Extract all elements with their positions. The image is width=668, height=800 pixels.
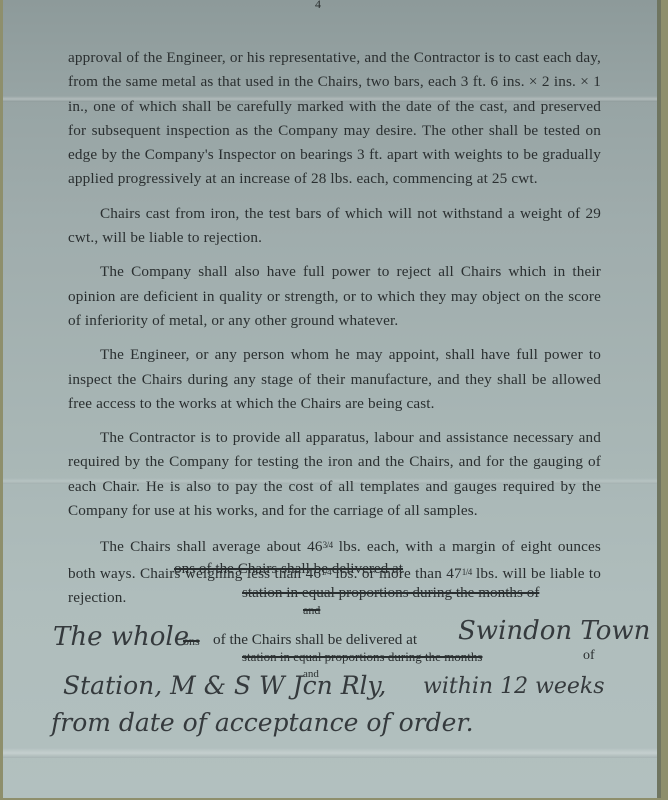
handwritten-station-line: Station, M & S W Jcn Rly, <box>63 671 386 700</box>
paper-fold <box>3 748 661 758</box>
fraction: 1/4 <box>462 567 472 577</box>
document-page: 4 approval of the Engineer, or his repre… <box>3 0 661 798</box>
fraction: 3/4 <box>323 540 333 550</box>
paragraph-rejection: Chairs cast from iron, the test bars of … <box>68 202 601 251</box>
printed-delivery-text: of the Chairs shall be delivered at <box>213 631 417 649</box>
paragraph-test-bars: approval of the Engineer, or his represe… <box>68 46 601 192</box>
paragraph-contractor-apparatus: The Contractor is to provide all apparat… <box>68 426 601 523</box>
handwritten-swindon-town: Swindon Town <box>458 616 650 646</box>
printed-of: of <box>583 648 595 664</box>
handwritten-within-weeks: within 12 weeks <box>423 674 605 699</box>
handwritten-the-whole: The whole <box>53 622 189 652</box>
page-edge <box>657 0 661 798</box>
paragraph-company-power: The Company shall also have full power t… <box>68 260 601 333</box>
weight-text: The Chairs shall average about 46 <box>100 538 323 555</box>
paragraph-engineer-inspection: The Engineer, or any person whom he may … <box>68 343 601 416</box>
printed-struck-station-line: station in equal proportions during the … <box>242 649 482 665</box>
struck-line-3: and <box>303 603 320 618</box>
body-text: approval of the Engineer, or his represe… <box>68 46 601 620</box>
struck-line-1: ons of the Chairs shall be delivered at <box>174 560 403 578</box>
handwritten-last-line: from date of acceptance of order. <box>51 708 474 737</box>
page-number: 4 <box>315 0 321 12</box>
struck-ons: ons <box>183 634 200 649</box>
struck-line-2: station in equal proportions during the … <box>242 584 539 602</box>
